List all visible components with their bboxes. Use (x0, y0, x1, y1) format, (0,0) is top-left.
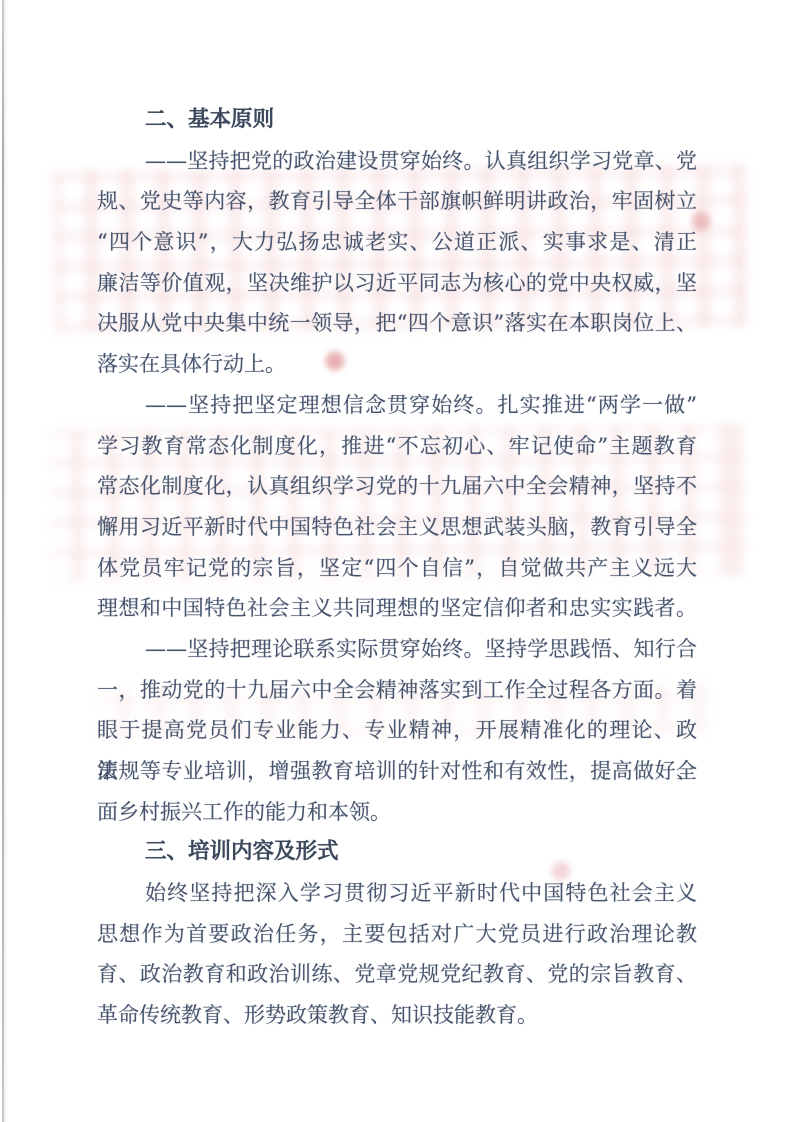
document-page: 二、基本原则——坚持把党的政治建设贯穿始终。认真组织学习党章、党规、党史等内容，… (0, 0, 793, 1122)
document-line: 学习教育常态化制度化，推进“不忘初心、牢记使命”主题教育 (97, 426, 697, 467)
document-line: “四个意识”，大力弘扬忠诚老实、公道正派、实事求是、清正 (97, 222, 697, 263)
document-line: ——坚持把理论联系实际贯穿始终。坚持学思践悟、知行合 (97, 629, 697, 670)
document-line: 一，推动党的十九届六中全会精神落实到工作全过程各方面。着 (97, 670, 697, 711)
document-line: 廉洁等价值观，坚决维护以习近平同志为核心的党中央权威，坚 (97, 263, 697, 304)
document-text: 二、基本原则——坚持把党的政治建设贯穿始终。认真组织学习党章、党规、党史等内容，… (97, 100, 697, 1036)
document-line: 常态化制度化，认真组织学习党的十九届六中全会精神，坚持不 (97, 466, 697, 507)
document-line: 规、党史等内容，教育引导全体干部旗帜鲜明讲政治，牢固树立 (97, 181, 697, 222)
section-heading-line: 二、基本原则 (97, 100, 697, 141)
document-line: 落实在具体行动上。 (97, 344, 697, 385)
document-line: 育、政治教育和政治训练、党章党规党纪教育、党的宗旨教育、 (97, 954, 697, 995)
scan-edge-shadow (4, 0, 8, 1122)
document-line: 决服从党中央集中统一领导，把“四个意识”落实在本职岗位上、 (97, 303, 697, 344)
document-line: 眼于提高党员们专业能力、专业精神，开展精准化的理论、政策、 (97, 710, 697, 751)
document-line: 始终坚持把深入学习贯彻习近平新时代中国特色社会主义 (97, 873, 697, 914)
document-line: 思想作为首要政治任务，主要包括对广大党员进行政治理论教 (97, 914, 697, 955)
document-line: ——坚持把党的政治建设贯穿始终。认真组织学习党章、党 (97, 141, 697, 182)
document-line: 懈用习近平新时代中国特色社会主义思想武装头脑，教育引导全 (97, 507, 697, 548)
scanned-document-page: { "page": { "width": 793, "height": 1122… (0, 0, 793, 1122)
document-line: 法规等专业培训，增强教育培训的针对性和有效性，提高做好全 (97, 751, 697, 792)
document-line: 面乡村振兴工作的能力和本领。 (97, 792, 697, 833)
document-line: 体党员牢记党的宗旨，坚定“四个自信”，自觉做共产主义远大 (97, 548, 697, 589)
document-line: ——坚持把坚定理想信念贯穿始终。扎实推进“两学一做” (97, 385, 697, 426)
document-line: 革命传统教育、形势政策教育、知识技能教育。 (97, 995, 697, 1036)
section-heading-line: 三、培训内容及形式 (97, 832, 697, 873)
document-line: 理想和中国特色社会主义共同理想的坚定信仰者和忠实实践者。 (97, 588, 697, 629)
